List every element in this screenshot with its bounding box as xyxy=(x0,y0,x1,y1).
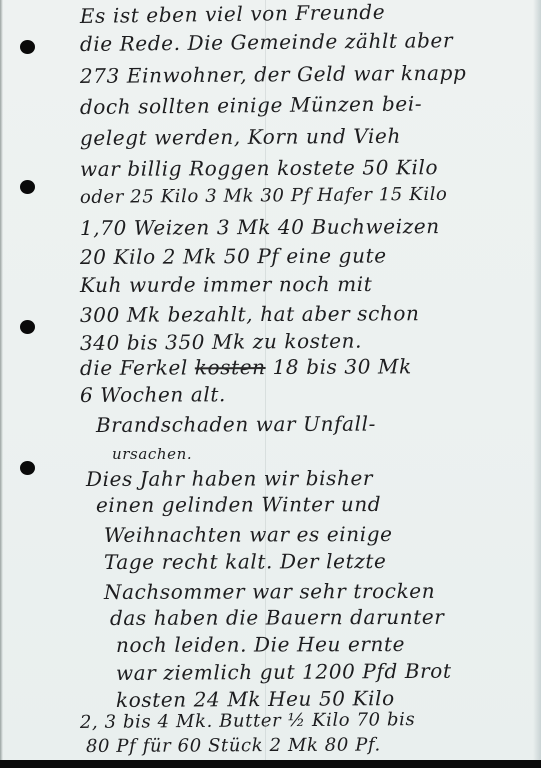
handwritten-line: 1,70 Weizen 3 Mk 40 Buchweizen xyxy=(80,216,440,238)
handwritten-line: einen gelinden Winter und xyxy=(96,494,381,515)
handwritten-line: 273 Einwohner, der Geld war knapp xyxy=(80,63,467,86)
handwritten-line: Weihnachten war es einige xyxy=(104,524,393,545)
punch-hole xyxy=(20,461,35,475)
line-text: 18 bis 30 Mk xyxy=(266,354,412,379)
page-left-shadow xyxy=(0,0,3,760)
handwritten-line: Tage recht kalt. Der letzte xyxy=(104,551,387,572)
handwritten-line: 300 Mk bezahlt, hat aber schon xyxy=(80,303,420,325)
scanned-page: Es ist eben viel von Freunde die Rede. D… xyxy=(0,0,541,760)
handwritten-line: 20 Kilo 2 Mk 50 Pf eine gute xyxy=(80,245,387,267)
handwritten-line: Es ist eben viel von Freunde xyxy=(80,2,386,26)
handwritten-line: noch leiden. Die Heu ernte xyxy=(116,634,405,655)
handwritten-line-with-strikethrough: die Ferkel kosten 18 bis 30 Mk xyxy=(80,356,412,378)
handwritten-line: kosten 24 Mk Heu 50 Kilo xyxy=(116,688,395,710)
handwritten-line: Kuh wurde immer noch mit xyxy=(80,274,372,295)
handwritten-line: Brandschaden war Unfall- xyxy=(96,414,376,435)
handwritten-line: Dies Jahr haben wir bisher xyxy=(86,468,373,489)
page-right-edge xyxy=(533,0,541,760)
handwritten-line: oder 25 Kilo 3 Mk 30 Pf Hafer 15 Kilo xyxy=(80,186,448,207)
struck-word: kosten xyxy=(195,355,266,379)
handwritten-line: Nachsommer war sehr trocken xyxy=(104,581,435,602)
handwritten-line: 2, 3 bis 4 Mk. Butter ½ Kilo 70 bis xyxy=(80,711,416,732)
handwritten-line: 80 Pf für 60 Stück 2 Mk 80 Pf. xyxy=(86,736,381,756)
punch-hole xyxy=(20,320,35,334)
handwritten-line: war billig Roggen kostete 50 Kilo xyxy=(80,157,438,179)
punch-hole xyxy=(20,40,35,54)
handwritten-line: war ziemlich gut 1200 Pfd Brot xyxy=(116,661,452,683)
punch-hole xyxy=(20,180,35,194)
handwritten-line: das haben die Bauern darunter xyxy=(110,607,445,628)
handwritten-line: 340 bis 350 Mk zu kosten. xyxy=(80,331,362,353)
line-text: die Ferkel xyxy=(80,355,195,380)
handwritten-line: die Rede. Die Gemeinde zählt aber xyxy=(80,30,453,54)
handwritten-line: 6 Wochen alt. xyxy=(80,384,226,405)
scan-bottom-border xyxy=(0,760,541,768)
handwritten-line: doch sollten einige Münzen bei- xyxy=(80,93,422,117)
handwritten-line: ursachen. xyxy=(112,447,192,462)
handwritten-line: gelegt werden, Korn und Vieh xyxy=(80,126,401,148)
